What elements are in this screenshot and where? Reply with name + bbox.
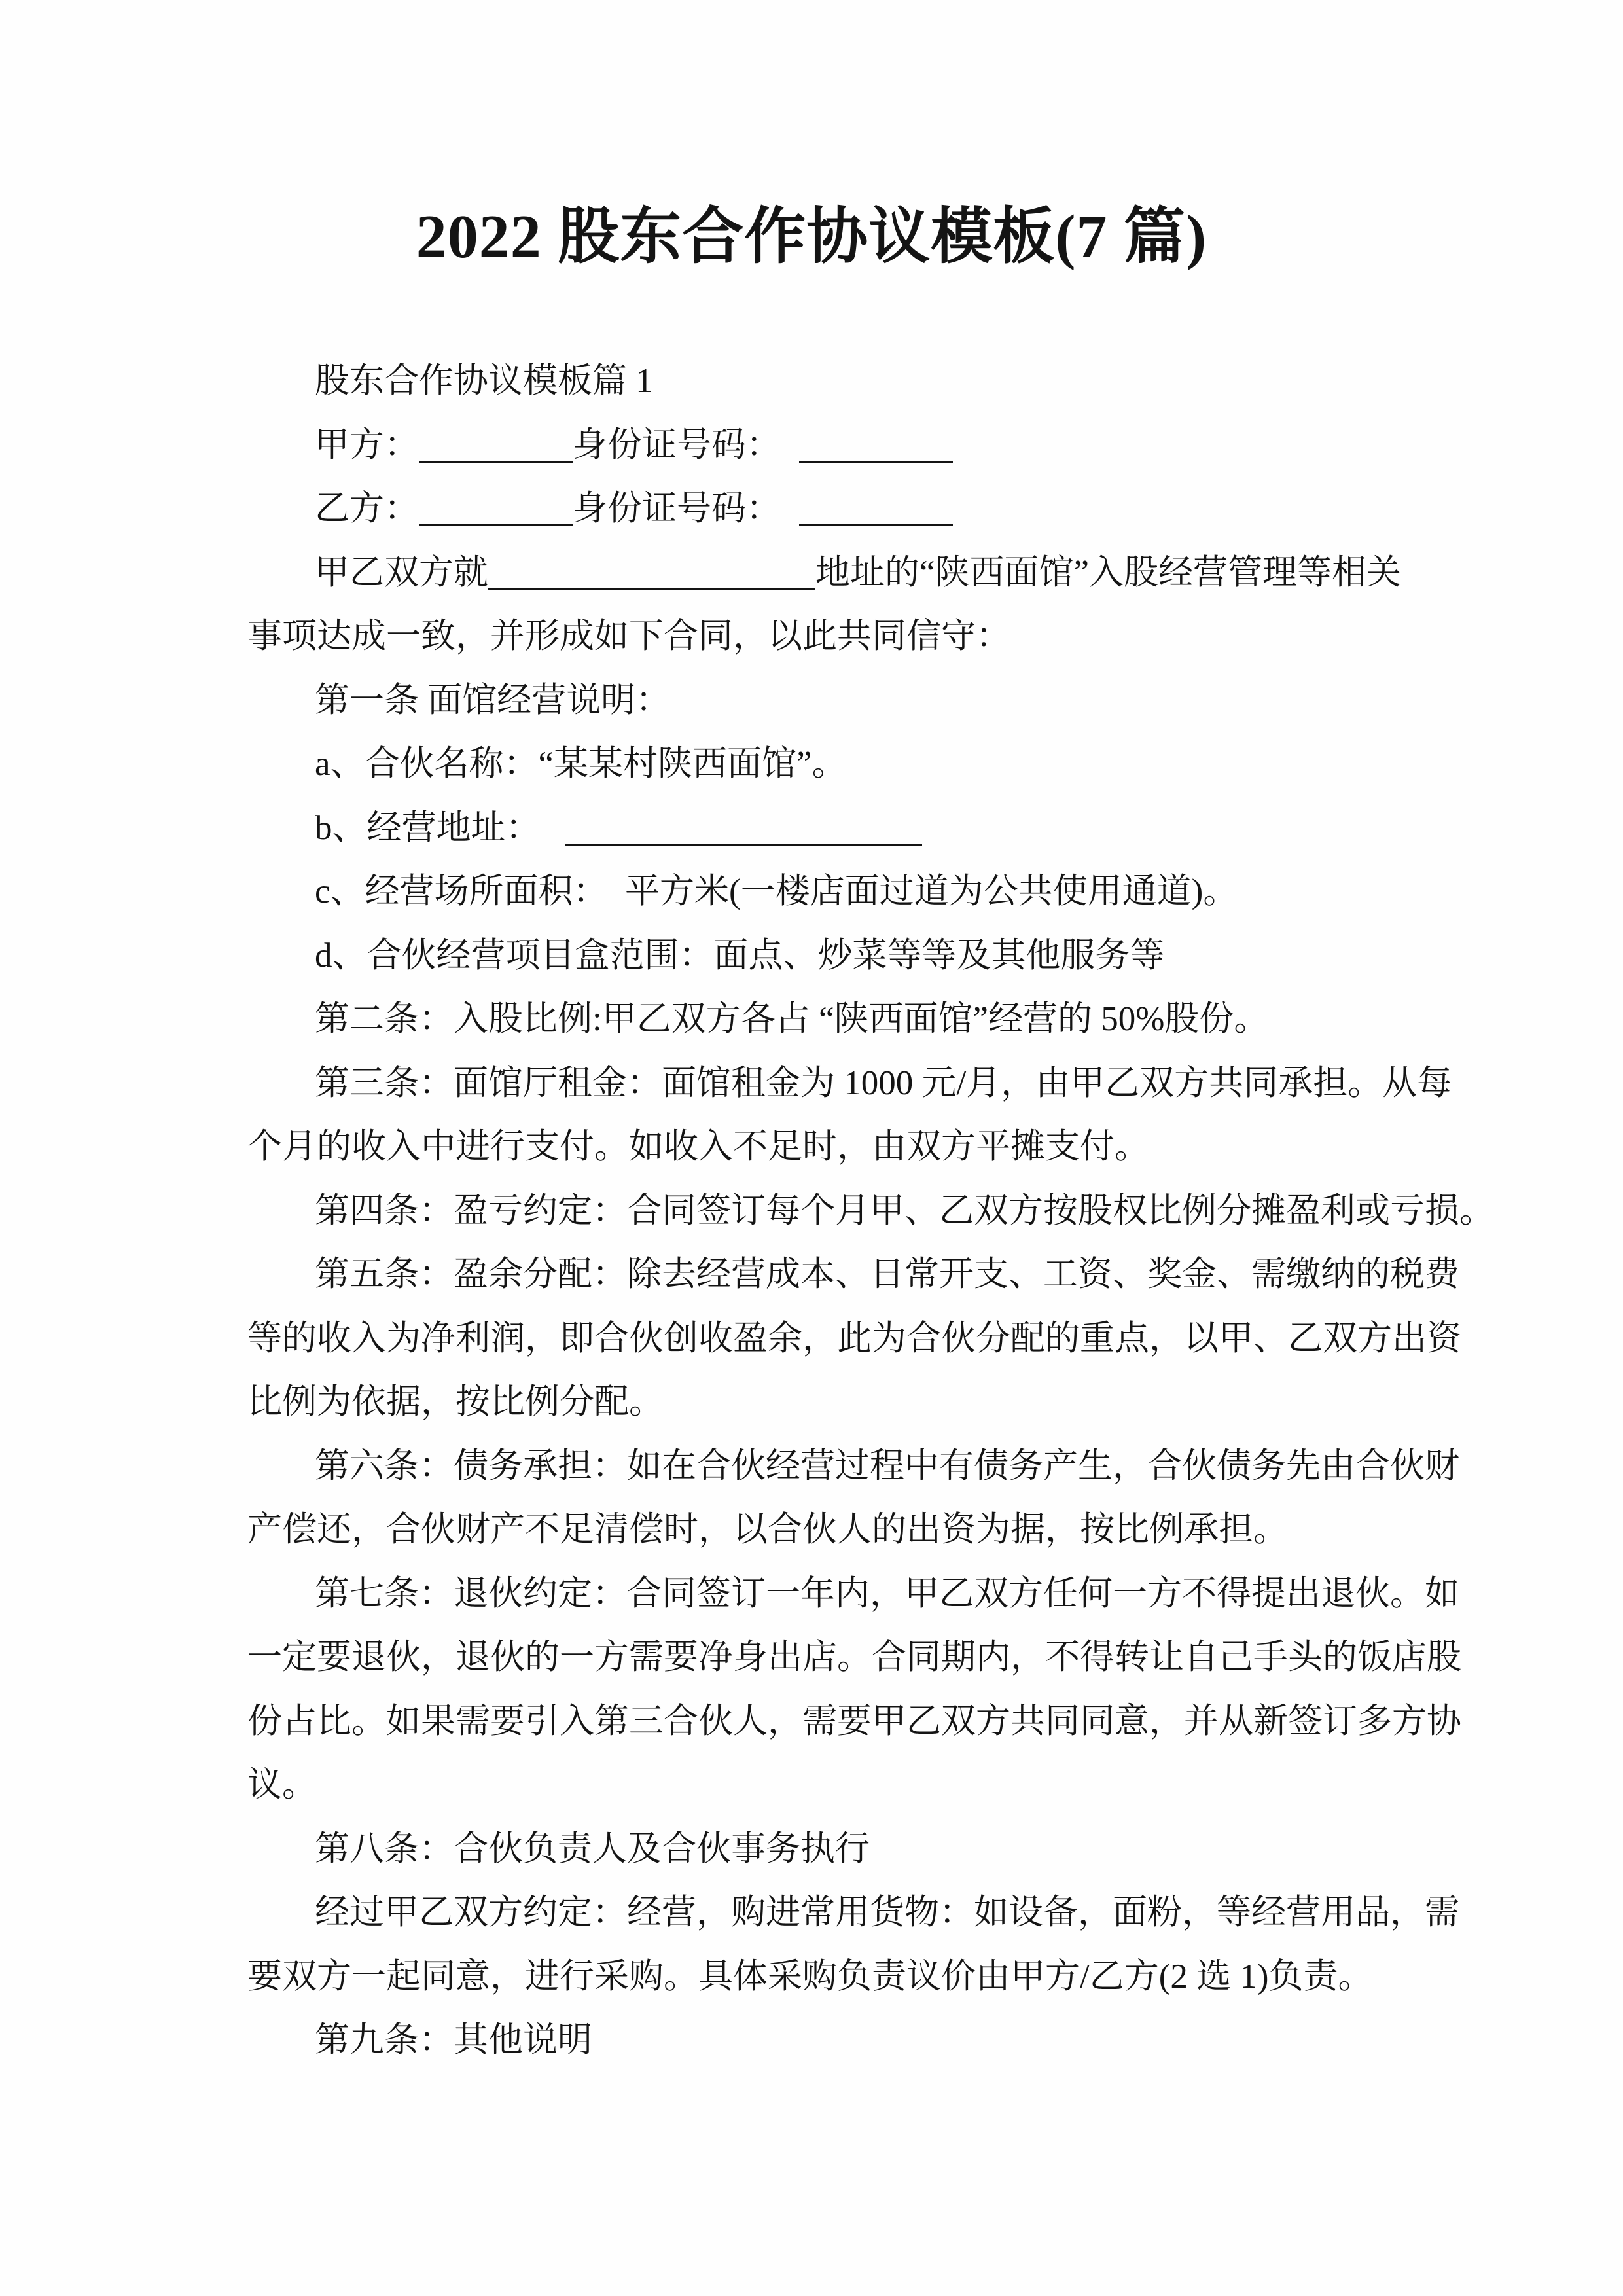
line-text: 经过甲乙双方约定：经营，购进常用货物：如设备，面粉，等经营用品，需 — [315, 1893, 1459, 1931]
text-line: 乙方：身份证号码： — [247, 477, 1402, 541]
text-line: 第七条：退伙约定：合同签订一年内，甲乙双方任何一方不得提出退伙。如 — [247, 1562, 1402, 1626]
line-text: 事项达成一致，并形成如下合同，以此共同信守： — [247, 617, 1010, 655]
line-text: 身份证号码： — [573, 426, 781, 464]
text-line: 甲方：身份证号码： — [247, 414, 1402, 478]
text-line: a、合伙名称：“某某村陕西面馆”。 — [247, 732, 1402, 797]
line-text: 第三条：面馆厅租金：面馆租金为 1000 元/月，由甲乙双方共同承担。从每 — [315, 1064, 1452, 1102]
line-text: 乙方： — [315, 490, 419, 528]
line-text: 第二条：入股比例:甲乙双方各占 “陕西面馆”经营的 50%股份。 — [315, 1000, 1268, 1038]
spacer — [781, 456, 799, 456]
line-text: 第一条 面馆经营说明： — [315, 681, 670, 719]
text-line: 甲乙双方就地址的“陕西面馆”入股经营管理等相关 — [247, 541, 1402, 605]
line-text: 第四条：盈亏约定：合同签订每个月甲、乙双方按股权比例分摊盈利或亏损。 — [315, 1192, 1494, 1230]
text-line: 第五条：盈余分配：除去经营成本、日常开支、工资、奖金、需缴纳的税费 — [247, 1243, 1402, 1307]
text-line: 经过甲乙双方约定：经营，购进常用货物：如设备，面粉，等经营用品，需 — [247, 1881, 1402, 1945]
document-title: 2022 股东合作协议模板(7 篇) — [0, 202, 1623, 272]
blank-underline-field — [488, 579, 815, 590]
line-text: 第六条：债务承担：如在合伙经营过程中有债务产生，合伙债务先由合伙财 — [315, 1447, 1459, 1485]
line-text: 第七条：退伙约定：合同签订一年内，甲乙双方任何一方不得提出退伙。如 — [315, 1575, 1459, 1613]
line-text: 地址的“陕西面馆”入股经营管理等相关 — [815, 554, 1401, 592]
line-text: 一定要退伙，退伙的一方需要净身出店。合同期内，不得转让自己手头的饭店股 — [247, 1638, 1461, 1676]
line-text: 第八条：合伙负责人及合伙事务执行 — [315, 1830, 870, 1868]
text-line: b、经营地址： — [247, 797, 1402, 861]
blank-underline-field — [799, 452, 953, 463]
line-text: 第五条：盈余分配：除去经营成本、日常开支、工资、奖金、需缴纳的税费 — [315, 1255, 1459, 1293]
text-line: 议。 — [247, 1753, 1402, 1818]
blank-underline-field — [419, 452, 573, 463]
line-text: c、经营场所面积： 平方米(一楼店面过道为公共使用通道)。 — [315, 872, 1238, 910]
line-text: 等的收入为净利润，即合伙创收盈余，此为合伙分配的重点，以甲、乙双方出资 — [247, 1319, 1461, 1357]
text-line: 事项达成一致，并形成如下合同，以此共同信守： — [247, 605, 1402, 669]
line-text: 份占比。如果需要引入第三合伙人，需要甲乙双方共同同意，并从新签订多方协 — [247, 1702, 1461, 1740]
line-text: 股东合作协议模板篇 1 — [315, 362, 653, 400]
blank-underline-field — [799, 515, 953, 526]
text-line: d、合伙经营项目盒范围：面点、炒菜等等及其他服务等 — [247, 924, 1402, 988]
text-line: 第四条：盈亏约定：合同签订每个月甲、乙双方按股权比例分摊盈利或亏损。 — [247, 1179, 1402, 1244]
line-text: 第九条：其他说明 — [315, 2021, 592, 2059]
text-line: 要双方一起同意，进行采购。具体采购负责议价由甲方/乙方(2 选 1)负责。 — [247, 1945, 1402, 2009]
text-line: 第一条 面馆经营说明： — [247, 669, 1402, 733]
line-text: 身份证号码： — [573, 490, 781, 528]
text-line: 股东合作协议模板篇 1 — [247, 350, 1402, 414]
text-line: 一定要退伙，退伙的一方需要净身出店。合同期内，不得转让自己手头的饭店股 — [247, 1626, 1402, 1690]
line-text: 甲乙双方就 — [315, 554, 488, 592]
text-line: c、经营场所面积： 平方米(一楼店面过道为公共使用通道)。 — [247, 860, 1402, 924]
document-page: 2022 股东合作协议模板(7 篇) 股东合作协议模板篇 1甲方：身份证号码：乙… — [0, 0, 1623, 2296]
line-text: a、合伙名称：“某某村陕西面馆”。 — [315, 745, 847, 783]
text-line: 第六条：债务承担：如在合伙经营过程中有债务产生，合伙债务先由合伙财 — [247, 1435, 1402, 1499]
blank-underline-field — [565, 834, 922, 846]
line-text: 产偿还，合伙财产不足清偿时，以合伙人的出资为据，按比例承担。 — [247, 1511, 1288, 1549]
text-line: 个月的收入中进行支付。如收入不足时，由双方平摊支付。 — [247, 1115, 1402, 1179]
line-text: b、经营地址： — [315, 809, 541, 847]
text-line: 第三条：面馆厅租金：面馆租金为 1000 元/月，由甲乙双方共同承担。从每 — [247, 1052, 1402, 1116]
text-line: 产偿还，合伙财产不足清偿时，以合伙人的出资为据，按比例承担。 — [247, 1498, 1402, 1562]
line-text: 甲方： — [315, 426, 419, 464]
text-line: 比例为依据，按比例分配。 — [247, 1371, 1402, 1435]
text-line: 第八条：合伙负责人及合伙事务执行 — [247, 1818, 1402, 1882]
blank-underline-field — [419, 515, 573, 526]
line-text: d、合伙经营项目盒范围：面点、炒菜等等及其他服务等 — [315, 937, 1165, 975]
text-line: 第九条：其他说明 — [247, 2009, 1402, 2073]
line-text: 议。 — [247, 1766, 317, 1804]
document-body: 股东合作协议模板篇 1甲方：身份证号码：乙方：身份证号码：甲乙双方就地址的“陕西… — [247, 350, 1402, 2073]
line-text: 要双方一起同意，进行采购。具体采购负责议价由甲方/乙方(2 选 1)负责。 — [247, 1958, 1373, 1996]
spacer — [541, 838, 565, 839]
text-line: 等的收入为净利润，即合伙创收盈余，此为合伙分配的重点，以甲、乙双方出资 — [247, 1307, 1402, 1371]
text-line: 第二条：入股比例:甲乙双方各占 “陕西面馆”经营的 50%股份。 — [247, 988, 1402, 1052]
spacer — [781, 519, 799, 520]
text-line: 份占比。如果需要引入第三合伙人，需要甲乙双方共同同意，并从新签订多方协 — [247, 1690, 1402, 1754]
line-text: 比例为依据，按比例分配。 — [247, 1383, 664, 1421]
line-text: 个月的收入中进行支付。如收入不足时，由双方平摊支付。 — [247, 1128, 1149, 1166]
